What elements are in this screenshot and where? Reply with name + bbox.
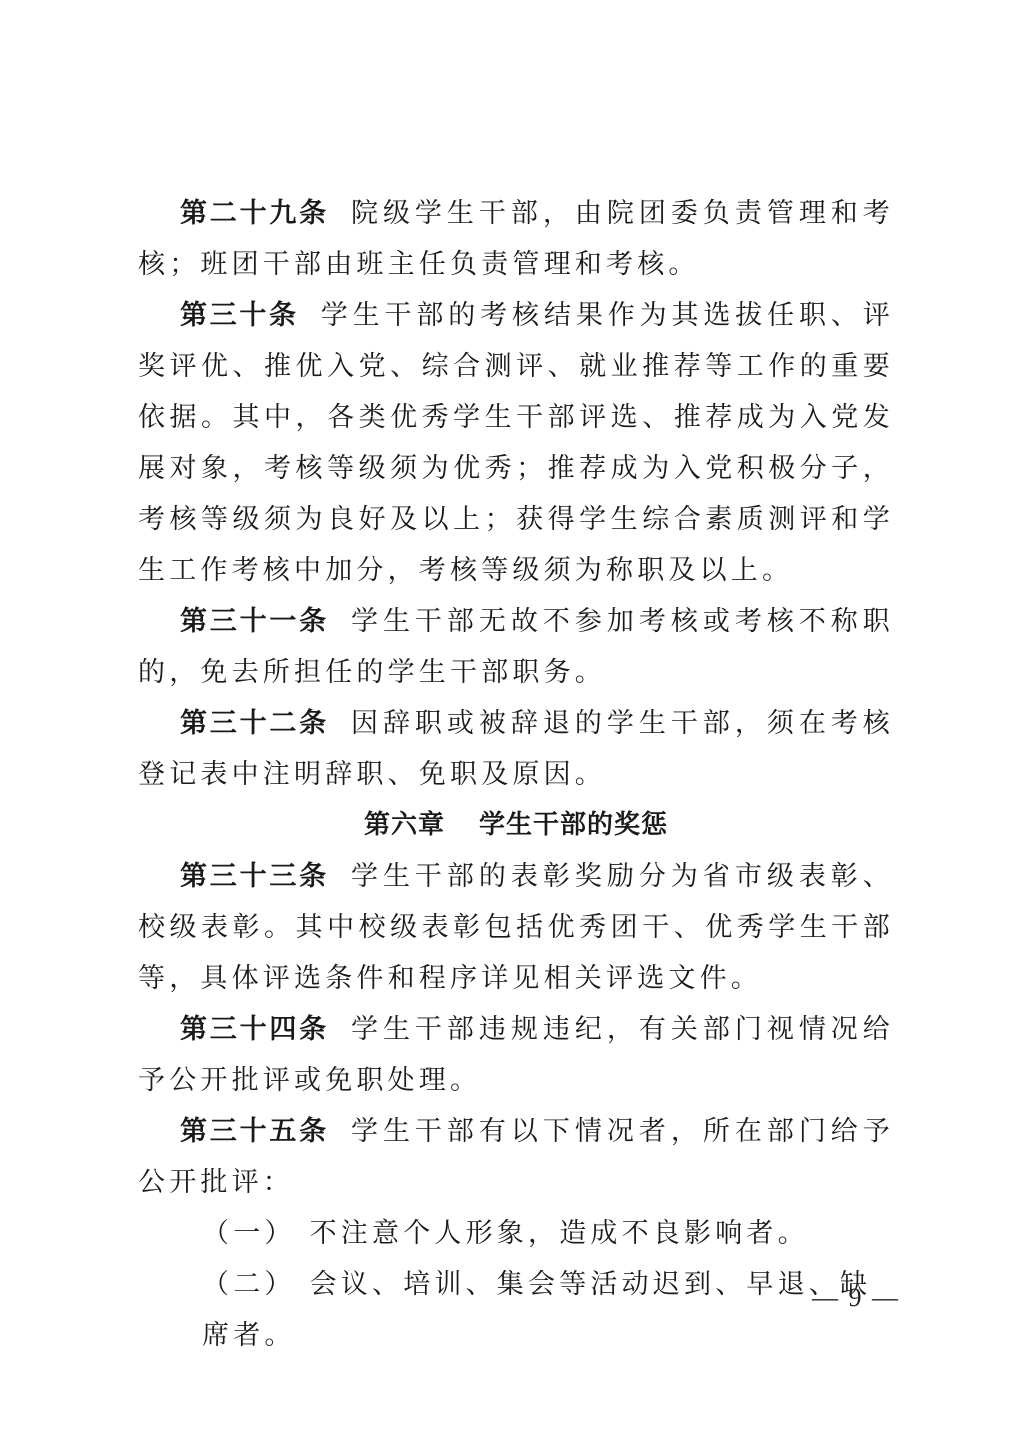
article-label: 第三十四条 (180, 1014, 329, 1045)
article-33: 第三十三条学生干部的表彰奖励分为省市级表彰、校级表彰。其中校级表彰包括优秀团干、… (138, 851, 894, 1004)
article-32: 第三十二条因辞职或被辞退的学生干部，须在考核登记表中注明辞职、免职及原因。 (138, 698, 894, 800)
article-30: 第三十条学生干部的考核结果作为其选拔任职、评奖评优、推优入党、综合测评、就业推荐… (138, 290, 894, 596)
chapter-number: 第六章 (364, 810, 445, 840)
chapter-heading: 第六章学生干部的奖惩 (138, 800, 894, 851)
list-item-text: 不注意个人形象，造成不良影响者。 (310, 1218, 809, 1249)
article-label: 第三十三条 (180, 861, 329, 892)
article-label: 第三十五条 (180, 1116, 329, 1147)
article-label: 第三十二条 (180, 708, 329, 739)
article-34: 第三十四条学生干部违规违纪，有关部门视情况给予公开批评或免职处理。 (138, 1004, 894, 1106)
list-item: （一）不注意个人形象，造成不良影响者。 (138, 1208, 894, 1259)
list-item-text: 会议、培训、集会等活动迟到、早退、缺席者。 (202, 1269, 871, 1351)
article-35: 第三十五条学生干部有以下情况者，所在部门给予公开批评： (138, 1106, 894, 1208)
article-29: 第二十九条院级学生干部，由院团委负责管理和考核；班团干部由班主任负责管理和考核。 (138, 188, 894, 290)
list-item: （二）会议、培训、集会等活动迟到、早退、缺席者。 (138, 1259, 894, 1361)
chapter-title: 学生干部的奖惩 (479, 810, 668, 840)
article-label: 第三十一条 (180, 606, 329, 637)
article-label: 第三十条 (180, 300, 299, 331)
article-31: 第三十一条学生干部无故不参加考核或考核不称职的，免去所担任的学生干部职务。 (138, 596, 894, 698)
list-item-number: （二） (202, 1269, 296, 1300)
article-label: 第二十九条 (180, 198, 329, 229)
document-page: 第二十九条院级学生干部，由院团委负责管理和考核；班团干部由班主任负责管理和考核。… (138, 188, 894, 1361)
list-item-number: （一） (202, 1218, 296, 1249)
article-text: 学生干部的考核结果作为其选拔任职、评奖评优、推优入党、综合测评、就业推荐等工作的… (138, 300, 894, 586)
page-number: — 9 — (812, 1283, 900, 1313)
